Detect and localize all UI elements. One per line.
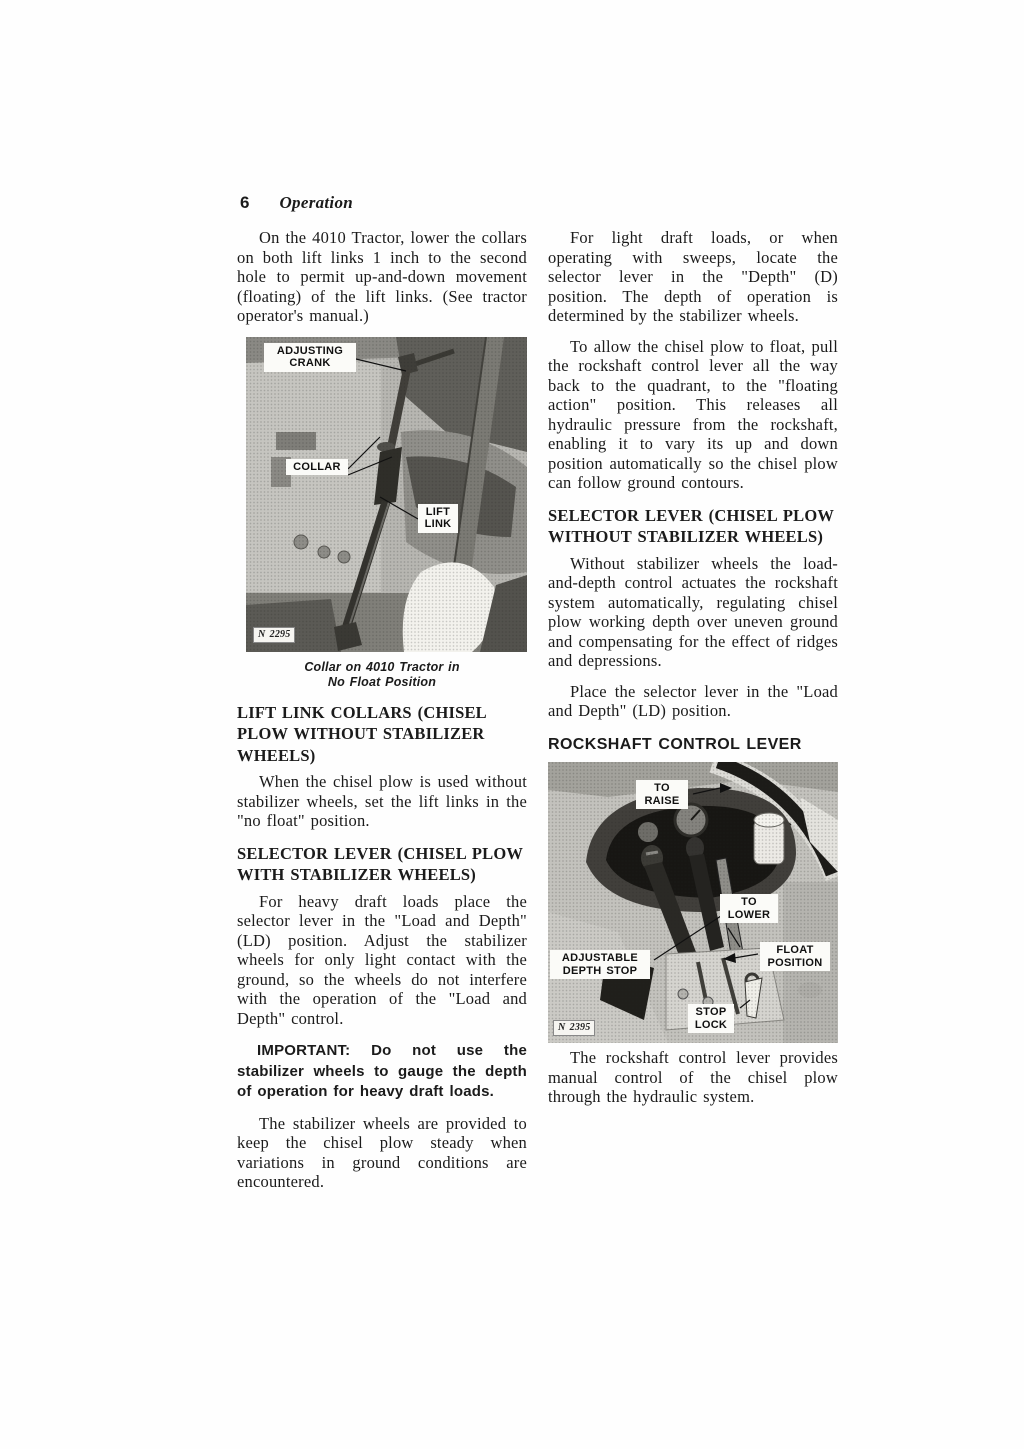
label-float-position: FLOAT POSITION (760, 942, 830, 971)
figure-lift-link-collar: ADJUSTING CRANK COLLAR LIFT LINK N 2295 … (237, 337, 527, 690)
figure-caption: Collar on 4010 Tractor in No Float Posit… (237, 660, 527, 690)
paragraph: On the 4010 Tractor, lower the collars o… (237, 228, 527, 326)
right-column: For light draft loads, or when operating… (548, 228, 838, 1116)
page-header: 6Operation (240, 193, 353, 213)
photo-lift-link-collar: ADJUSTING CRANK COLLAR LIFT LINK N 2295 (246, 337, 527, 652)
heading-selector-with-wheels: SELECTOR LEVER (CHISEL PLOW WITH STABILI… (237, 843, 527, 886)
photo-id-n2295: N 2295 (253, 627, 295, 643)
label-adjusting-crank: ADJUSTING CRANK (264, 343, 356, 372)
paragraph: Place the selector lever in the "Load an… (548, 682, 838, 721)
paragraph: The rockshaft control lever provides man… (548, 1048, 838, 1107)
photo-id-n2395: N 2395 (553, 1020, 595, 1036)
label-to-raise: TO RAISE (636, 780, 688, 809)
paragraph: Without stabilizer wheels the load-and-d… (548, 554, 838, 671)
figure-rockshaft-lever: TO RAISE TO LOWER FLOAT POSITION ADJUSTA… (548, 762, 838, 1043)
paragraph: For heavy draft loads place the selector… (237, 892, 527, 1029)
heading-lift-link-collars: LIFT LINK COLLARS (CHISEL PLOW WITHOUT S… (237, 702, 527, 767)
left-column: On the 4010 Tractor, lower the collars o… (237, 228, 527, 1201)
paragraph: The stabilizer wheels are provided to ke… (237, 1114, 527, 1192)
paragraph: For light draft loads, or when operating… (548, 228, 838, 326)
paragraph: To allow the chisel plow to float, pull … (548, 337, 838, 493)
label-collar: COLLAR (286, 459, 348, 476)
heading-rockshaft-control-lever: ROCKSHAFT CONTROL LEVER (548, 735, 838, 755)
label-lift-link: LIFT LINK (418, 504, 458, 533)
paragraph: When the chisel plow is used without sta… (237, 772, 527, 831)
section-title: Operation (279, 193, 353, 212)
label-to-lower: TO LOWER (720, 894, 778, 923)
important-note: IMPORTANT: Do not use the stabilizer whe… (237, 1041, 527, 1103)
photo-art (548, 762, 838, 1043)
caption-line-1: Collar on 4010 Tractor in (237, 660, 527, 675)
manual-page: 6Operation On the 4010 Tractor, lower th… (0, 0, 1024, 1449)
label-adjustable-depth-stop: ADJUSTABLE DEPTH STOP (550, 950, 650, 979)
page-number: 6 (240, 193, 249, 212)
heading-selector-without-wheels: SELECTOR LEVER (CHISEL PLOW WITHOUT STAB… (548, 505, 838, 548)
photo-rockshaft-lever: TO RAISE TO LOWER FLOAT POSITION ADJUSTA… (548, 762, 838, 1043)
caption-line-2: No Float Position (237, 675, 527, 690)
photo-art (246, 337, 527, 652)
label-stop-lock: STOP LOCK (688, 1004, 734, 1033)
